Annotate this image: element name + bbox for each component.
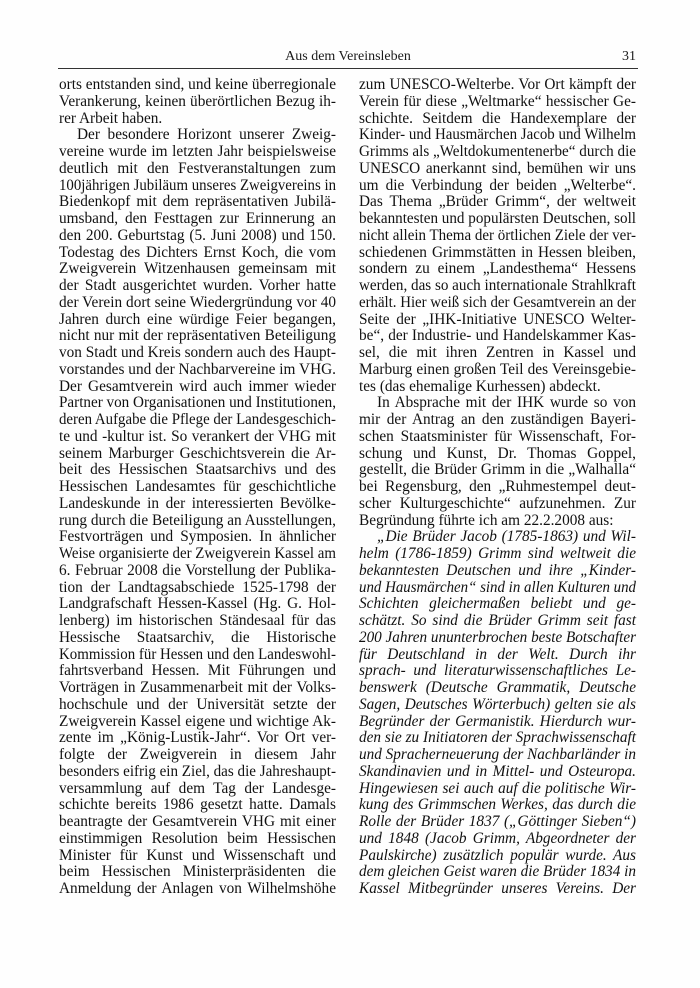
text-line: schen Staatsminister für Wissenschaft, F… [359, 429, 636, 446]
text-line: Biedenkopf mit dem repräsentativen Jubil… [59, 194, 336, 211]
text-line: und Spracherneuerung der Nachbarländer i… [359, 747, 636, 764]
text-line: der Stadt ausgerichtet wurden. Vorher ha… [59, 278, 336, 295]
text-line: kung des Grimmschen Werkes, das durch di… [359, 797, 636, 814]
text-line: fahrtsverband Hessen. Mit Führungen und [59, 663, 336, 680]
text-line: versammlung auf dem Tag der Landesge- [59, 781, 336, 798]
text-line: folgte der Zweigverein in diesem Jahr [59, 747, 336, 764]
text-line: Kinder- und Hausmärchen Jacob und Wilhel… [359, 127, 636, 144]
text-line: seinem Marburger Geschichtsverein die Ar… [59, 446, 336, 463]
text-line: schichte. Seitdem die Handexemplare der [359, 111, 636, 128]
text-line: den sie zu Initiatoren der Sprachwissens… [359, 730, 636, 747]
text-line: Marburg einen großen Teil des Vereinsgeb… [359, 362, 636, 379]
text-line: umsband, den Festtagen zur Erinnerung an [59, 211, 336, 228]
text-line: lenberg) im historischen Ständesaal für … [59, 613, 336, 630]
text-line: mir der Antrag an den zuständigen Bayeri… [359, 412, 636, 429]
text-line: von Stadt und Kreis sondern auch des Hau… [59, 345, 336, 362]
text-line: zum UNESCO-Welterbe. Vor Ort kämpft der [359, 77, 636, 94]
document-page: Aus dem Vereinsleben 31 orts entstanden … [0, 0, 700, 988]
text-line: schiedenen Grimmstätten in Hessen bleibe… [359, 245, 636, 262]
text-line: tion der Landtagsabschiede 1525-1798 der [59, 580, 336, 597]
text-line: hochschule und der Universität setzte de… [59, 697, 336, 714]
text-line: Todestag des Dichters Ernst Koch, die vo… [59, 245, 336, 262]
left-text-column: orts entstanden sind, und keine überregi… [59, 77, 336, 898]
text-line: Schichten gleichermaßen beliebt und ge- [359, 596, 636, 613]
text-line: und Hausmärchen“ sind in allen Kulturen … [359, 580, 636, 597]
text-line: bekanntesten Deutschen und ihre „Kinder- [359, 563, 636, 580]
text-line: erhält. Hier weiß sich der Gesamtverein … [359, 295, 636, 312]
text-line: vorstandes und der Nachbarvereine im VHG… [59, 362, 336, 379]
text-line: Kassel Mitbegründer unseres Vereins. Der [359, 881, 636, 898]
text-line: sprach- und literaturwissenschaftliches … [359, 663, 636, 680]
text-line: deren Aufgabe die Pflege der Landesgesch… [59, 412, 336, 429]
text-line: um die Verbindung der beiden „Welterbe“. [359, 178, 636, 195]
text-line: bekanntesten und populärsten Deutschen, … [359, 211, 636, 228]
running-title: Aus dem Vereinsleben [58, 49, 638, 65]
text-line: beantragte der Gesamtverein VHG mit eine… [59, 814, 336, 831]
text-line: Der Gesamtverein wird auch immer wieder [59, 379, 336, 396]
header-rule [58, 68, 638, 69]
page-number: 31 [622, 49, 636, 65]
text-line: Zweigverein Kassel eigene und wichtige A… [59, 714, 336, 731]
text-line: „Die Brüder Jacob (1785-1863) und Wil- [359, 529, 636, 546]
text-line: Paulskirche) zusätzlich populär wurde. A… [359, 848, 636, 865]
text-line: Zweigverein Witzenhausen gemeinsam mit [59, 261, 336, 278]
text-line: Das Thema „Brüder Grimm“, der weltweit [359, 194, 636, 211]
text-line: vereine wurde im letzten Jahr beispielsw… [59, 144, 336, 161]
text-line: sel, die mit ihren Zentren in Kassel und [359, 345, 636, 362]
text-line: Hessische Staatsarchiv, die Historische [59, 630, 336, 647]
text-line: helm (1786-1859) Grimm sind weltweit die [359, 546, 636, 563]
text-line: te und -kultur ist. So verankert der VHG… [59, 429, 336, 446]
text-line: schichte bereits 1986 gesetzt hatte. Dam… [59, 797, 336, 814]
text-line: zente im „König-Lustik-Jahr“. Vor Ort ve… [59, 730, 336, 747]
text-line: Rolle der Brüder 1837 („Göttinger Sieben… [359, 814, 636, 831]
running-header: Aus dem Vereinsleben 31 [58, 49, 638, 67]
text-line: Hessischen Landesamtes für geschichtlich… [59, 479, 336, 496]
text-line: Verein für diese „Weltmarke“ hessischer … [359, 94, 636, 111]
text-line: nicht nur mit der repräsentativen Beteil… [59, 328, 336, 345]
text-line: Minister für Kunst und Wissenschaft und [59, 848, 336, 865]
text-line: schätzt. So sind die Brüder Grimm seit f… [359, 613, 636, 630]
text-line: beim Hessischen Ministerpräsidenten die [59, 864, 336, 881]
text-line: rer Arbeit haben. [59, 111, 336, 128]
text-line: werden, das so auch internationale Strah… [359, 278, 636, 295]
text-line: scher Kulturgeschichte“ aufzunehmen. Zur [359, 496, 636, 513]
text-line: Begründer der Germanistik. Hierdurch wur… [359, 714, 636, 731]
text-line: beit des Hessischen Staatsarchivs und de… [59, 462, 336, 479]
text-line: für Deutschland in der Welt. Durch ihr [359, 647, 636, 664]
text-line: Sagen, Deutsches Wörterbuch) gelten sie … [359, 697, 636, 714]
right-text-column: zum UNESCO-Welterbe. Vor Ort kämpft derV… [359, 77, 636, 898]
text-line: dem gleichen Geist waren die Brüder 1834… [359, 864, 636, 881]
text-line: der Verein dort seine Wiedergründung vor… [59, 295, 336, 312]
text-line: Kommission für Hessen und den Landeswohl… [59, 647, 336, 664]
text-line: Anmeldung der Anlagen von Wilhelmshöhe [59, 881, 336, 898]
text-line: Der besondere Horizont unserer Zweig- [59, 127, 336, 144]
text-line: 200 Jahren ununterbrochen beste Botschaf… [359, 630, 636, 647]
text-line: schung und Kunst, Dr. Thomas Goppel, [359, 446, 636, 463]
text-line: UNESCO anerkannt sind, bemühen wir uns [359, 161, 636, 178]
text-line: den 200. Geburtstag (5. Juni 2008) und 1… [59, 228, 336, 245]
text-line: Vorträgen in Zusammenarbeit mit der Volk… [59, 680, 336, 697]
text-line: orts entstanden sind, und keine überregi… [59, 77, 336, 94]
text-line: sondern zu einem „Landesthema“ Hessens [359, 261, 636, 278]
text-line: besonders eifrig ein Ziel, das die Jahre… [59, 764, 336, 781]
text-line: Weise organisierte der Zweigverein Kasse… [59, 546, 336, 563]
text-line: nicht allein Thema der örtlichen Ziele d… [359, 228, 636, 245]
text-line: 6. Februar 2008 die Vorstellung der Publ… [59, 563, 336, 580]
text-line: benswerk (Deutsche Grammatik, Deutsche [359, 680, 636, 697]
text-line: Verankerung, keinen überörtlichen Bezug … [59, 94, 336, 111]
text-line: deutlich mit den Festveranstaltungen zum [59, 161, 336, 178]
text-line: Festvorträgen und Symposien. In ähnliche… [59, 529, 336, 546]
text-line: gestellt, die Brüder Grimm in die „Walha… [359, 462, 636, 479]
text-line: tes (das ehemalige Kurhessen) abdeckt. [359, 379, 636, 396]
text-line: Hingewiesen sei auch auf die politische … [359, 781, 636, 798]
text-line: be“, der Industrie- und Handelskammer Ka… [359, 328, 636, 345]
text-line: rung durch die Beteiligung an Ausstellun… [59, 513, 336, 530]
text-line: Skandinavien und in Mittel- und Osteurop… [359, 764, 636, 781]
text-line: Begründung führte ich am 22.2.2008 aus: [359, 513, 636, 530]
text-line: bei Regensburg, den „Ruhmestempel deut- [359, 479, 636, 496]
text-line: Landgrafschaft Hessen-Kassel (Hg. G. Hol… [59, 596, 336, 613]
text-line: Grimms als „Weltdokumentenerbe“ durch di… [359, 144, 636, 161]
text-line: Seite der „IHK-Initiative UNESCO Welter- [359, 312, 636, 329]
text-line: Partner von Organisationen und Instituti… [59, 395, 336, 412]
text-line: einstimmigen Resolution beim Hessischen [59, 831, 336, 848]
text-line: 100jährigen Jubiläum unseres Zweigverein… [59, 178, 336, 195]
text-line: Landeskunde in der interessierten Bevölk… [59, 496, 336, 513]
text-line: Jahren durch eine würdige Feier begangen… [59, 312, 336, 329]
text-line: In Absprache mit der IHK wurde so von [359, 395, 636, 412]
text-line: und 1848 (Jacob Grimm, Abgeordneter der [359, 831, 636, 848]
